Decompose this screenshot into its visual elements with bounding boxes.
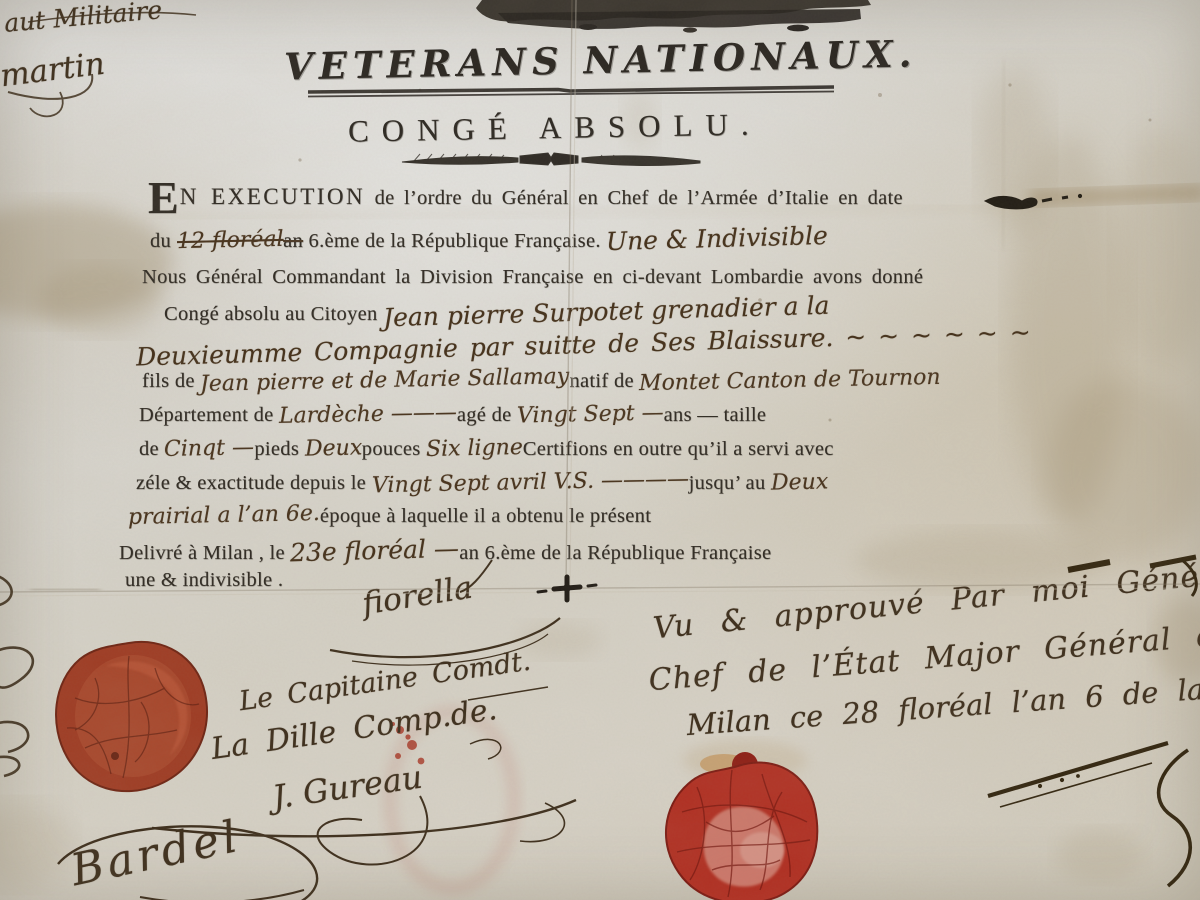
wax-seal-bottom <box>642 752 832 900</box>
corner-note-line1: aut Militaire <box>3 0 163 38</box>
text-segment-hb: 23e floréal — <box>290 534 460 568</box>
signature-bardel: Bardel <box>67 811 246 897</box>
signature-gureau: J. Gureau <box>270 758 425 817</box>
body-line-7: Département de Lardèche ——— agé de Vingt… <box>139 402 766 427</box>
text-segment-h: Deux <box>771 469 829 495</box>
text-segment-p: pouces <box>362 438 426 460</box>
text-segment-p: Nous Général Commandant la Division Fran… <box>142 266 923 288</box>
text-segment-p: ans — taille <box>664 404 767 426</box>
text-segment-p: an 6.ème de la République Française <box>459 542 771 564</box>
body-line-11: Delivré à Milan , le 23e floréal — an 6.… <box>119 536 771 565</box>
text-segment-p: Delivré à Milan , le <box>119 542 290 564</box>
text-segment-p: natif de <box>569 370 639 392</box>
engraved-vignette <box>468 0 878 36</box>
text-segment-h: Cinqt — <box>164 435 254 462</box>
text-segment-h: Montet Canton de Tournon <box>639 365 941 396</box>
text-segment-dc: E <box>148 172 180 223</box>
body-line-1: EN EXECUTION de l’ordre du Général en Ch… <box>148 184 903 210</box>
text-segment-hs: 12 floréal <box>176 227 283 254</box>
document-title: VETERANS NATIONAUX. <box>284 31 918 88</box>
document-photo: aut Militaire martin VETERANS NATIONAUX.… <box>0 0 1200 900</box>
text-segment-p: Département de <box>139 404 279 426</box>
text-segment-p: Certifions en outre qu’il a servi avec <box>523 438 834 460</box>
text-segment-p: pieds <box>254 438 304 460</box>
body-line-6: fils de Jean pierre et de Marie Sallamay… <box>142 368 941 393</box>
text-segment-h: Vingt Sept — <box>517 400 664 428</box>
body-line-3: Nous Général Commandant la Division Fran… <box>142 266 923 289</box>
body-line-10: prairial a l’an 6e. époque à laquelle il… <box>128 503 651 528</box>
text-segment-p: de l’ordre du Général en Chef de l’Armée… <box>365 187 903 209</box>
signature-fiorella: fiorella <box>360 570 475 623</box>
text-segment-sc: N EXECUTION <box>180 184 365 209</box>
body-line-12: une & indivisible . <box>125 569 283 592</box>
text-segment-h: Jean pierre et de Marie Sallamay <box>200 364 570 397</box>
body-line-5: Deuxieumme Compagnie par suitte de Ses B… <box>136 330 1031 359</box>
wax-seal-left <box>45 638 213 800</box>
text-segment-p: fils de <box>142 370 200 392</box>
text-segment-p: agé de <box>457 404 517 426</box>
text-segment-hb: Une & Indivisible <box>606 221 829 256</box>
text-segment-h: Lardèche ——— <box>279 400 457 429</box>
ornament-divider <box>400 149 702 171</box>
fold-stain-right <box>1030 184 1200 206</box>
document-subtitle: CONGÉ ABSOLU. <box>348 106 762 149</box>
text-segment-h: Deux <box>304 435 362 461</box>
body-line-2: du 12 floréal an 6.ème de la République … <box>150 224 828 253</box>
text-segment-p: de <box>139 438 164 460</box>
text-segment-ps: an <box>283 230 303 252</box>
text-segment-p: Congé absolu au Citoyen <box>164 303 383 325</box>
text-segment-p: zéle & exactitude depuis le <box>136 472 372 494</box>
text-segment-h: prairial a l’an 6e. <box>128 501 320 530</box>
text-segment-p: époque à laquelle il a obtenu le présent <box>320 505 651 527</box>
corner-note-line2: martin <box>0 46 107 95</box>
text-segment-p: jusqu’ au <box>689 472 771 494</box>
text-segment-h: Vingt Sept avril V.S. ———— <box>371 467 689 499</box>
text-segment-p: une & indivisible . <box>125 569 283 591</box>
body-line-9: zéle & exactitude depuis le Vingt Sept a… <box>136 470 828 495</box>
body-line-8: de Cinqt — pieds Deux pouces Six ligne C… <box>139 436 834 461</box>
body-line-4: Congé absolu au Citoyen Jean pierre Surp… <box>164 297 830 326</box>
ink-cross-fold <box>538 577 596 600</box>
text-segment-p: 6.ème de la République Française. <box>303 230 606 252</box>
ink-blot-line1 <box>985 194 1082 208</box>
left-edge-strokes <box>0 575 33 776</box>
text-segment-p: du <box>150 230 177 252</box>
text-segment-h: Six ligne <box>426 435 523 462</box>
